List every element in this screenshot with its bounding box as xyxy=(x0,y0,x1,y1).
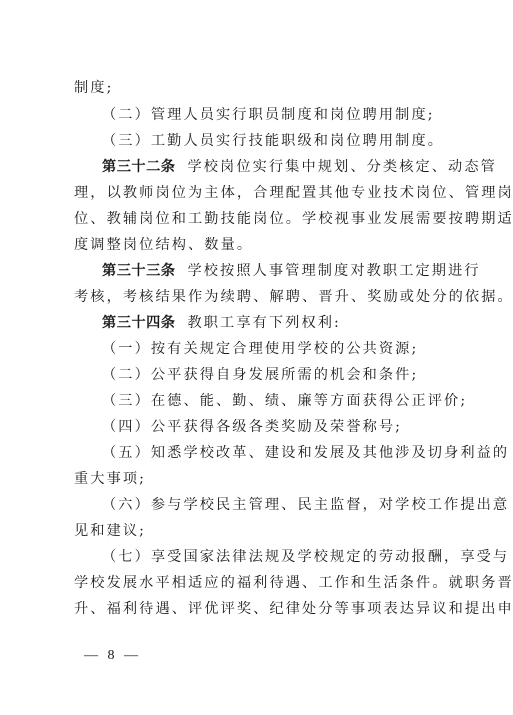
paragraph-line: 度调整岗位结构、数量。 xyxy=(74,236,442,254)
line-text: 见和建议; xyxy=(74,523,146,539)
paragraph-line: （一）按有关规定合理使用学校的公共资源; xyxy=(102,340,442,358)
line-text: 理，以教师岗位为主体，合理配置其他专业技术岗位、管理岗 xyxy=(74,185,513,201)
line-text: 度调整岗位结构、数量。 xyxy=(74,237,253,253)
paragraph-line: （二）公平获得自身发展所需的机会和条件; xyxy=(102,366,442,384)
line-text: （一）按有关规定合理使用学校的公共资源; xyxy=(102,341,418,357)
line-text: 升、福利待遇、评优评奖、纪律处分等事项表达异议和提出申 xyxy=(74,601,513,617)
line-text: 教职工享有下列权利: xyxy=(187,315,340,331)
paragraph-line: （六）参与学校民主管理、民主监督，对学校工作提出意 xyxy=(102,496,442,514)
line-text: 学校按照人事管理制度对教职工定期进行 xyxy=(187,263,480,279)
line-text: （五）知悉学校改革、建设和发展及其他涉及切身利益的 xyxy=(102,445,509,461)
line-text: 考核，考核结果作为续聘、解聘、晋升、奖励或处分的依据。 xyxy=(74,289,513,305)
paragraph-line: 考核，考核结果作为续聘、解聘、晋升、奖励或处分的依据。 xyxy=(74,288,442,306)
article-paragraph-line: 第三十四条教职工享有下列权利: xyxy=(102,314,442,332)
line-text: 学校岗位实行集中规划、分类核定、动态管 xyxy=(187,159,496,175)
line-text: （七）享受国家法律法规及学校规定的劳动报酬，享受与 xyxy=(102,549,509,565)
line-text: （四）公平获得各级各类奖励及荣誉称号; xyxy=(102,419,402,435)
paragraph-line: （三）在德、能、勤、绩、廉等方面获得公正评价; xyxy=(102,392,442,410)
line-text: （二）公平获得自身发展所需的机会和条件; xyxy=(102,367,418,383)
article-paragraph-line: 第三十二条学校岗位实行集中规划、分类核定、动态管 xyxy=(102,158,442,176)
line-text: （三）工勤人员实行技能职级和岗位聘用制度。 xyxy=(102,133,444,149)
line-text: 位、教辅岗位和工勤技能岗位。学校视事业发展需要按聘期适 xyxy=(74,211,513,227)
article-heading: 第三十四条 xyxy=(102,315,175,331)
paragraph-line: 学校发展水平相适应的福利待遇、工作和生活条件。就职务晋 xyxy=(74,574,442,592)
paragraph-line: （三）工勤人员实行技能职级和岗位聘用制度。 xyxy=(102,132,442,150)
paragraph-line: （七）享受国家法律法规及学校规定的劳动报酬，享受与 xyxy=(102,548,442,566)
line-text: （六）参与学校民主管理、民主监督，对学校工作提出意 xyxy=(102,497,509,513)
paragraph-line: 制度; xyxy=(74,79,442,97)
line-text: （三）在德、能、勤、绩、廉等方面获得公正评价; xyxy=(102,393,467,409)
paragraph-line: （五）知悉学校改革、建设和发展及其他涉及切身利益的 xyxy=(102,444,442,462)
line-text: （二）管理人员实行职员制度和岗位聘用制度; xyxy=(102,107,435,123)
paragraph-line: 见和建议; xyxy=(74,522,442,540)
paragraph-line: 升、福利待遇、评优评奖、纪律处分等事项表达异议和提出申 xyxy=(74,600,442,618)
page-number: — 8 — xyxy=(84,648,141,664)
paragraph-line: 位、教辅岗位和工勤技能岗位。学校视事业发展需要按聘期适 xyxy=(74,210,442,228)
document-page: 制度;（二）管理人员实行职员制度和岗位聘用制度;（三）工勤人员实行技能职级和岗位… xyxy=(0,0,513,715)
article-heading: 第三十二条 xyxy=(102,159,175,175)
paragraph-line: （四）公平获得各级各类奖励及荣誉称号; xyxy=(102,418,442,436)
line-text: 制度; xyxy=(74,80,113,96)
paragraph-line: （二）管理人员实行职员制度和岗位聘用制度; xyxy=(102,106,442,124)
paragraph-line: 理，以教师岗位为主体，合理配置其他专业技术岗位、管理岗 xyxy=(74,184,442,202)
article-heading: 第三十三条 xyxy=(102,263,175,279)
article-paragraph-line: 第三十三条学校按照人事管理制度对教职工定期进行 xyxy=(102,262,442,280)
line-text: 学校发展水平相适应的福利待遇、工作和生活条件。就职务晋 xyxy=(74,575,513,591)
line-text: 重大事项; xyxy=(74,471,146,487)
paragraph-line: 重大事项; xyxy=(74,470,442,488)
